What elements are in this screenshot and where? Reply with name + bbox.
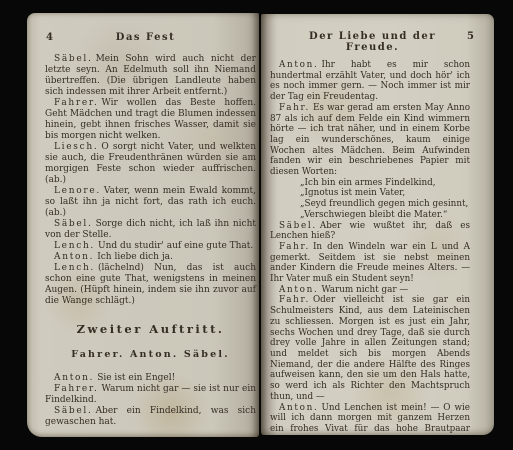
text-block: Lench.Und du studir' auf eine gute That. (45, 241, 256, 252)
block-text: Zweiter Auftritt. (77, 322, 225, 336)
speaker-label: Liesch. (54, 142, 98, 152)
text-block: Lench.(lächelnd) Nun, das ist auch schon… (45, 263, 256, 307)
speaker-label: Fahr. (279, 295, 310, 305)
text-block: „Ich bin ein armes Findelkind, (300, 178, 470, 189)
text-block: Fahr.In den Windeln war ein L und A geme… (270, 242, 470, 285)
text-block: Säbel.Aber wie wußtet ihr, daß es Lenche… (270, 221, 470, 242)
text-block: „Ignotus ist mein Vater, (300, 188, 470, 199)
left-running-title: Das Fest (68, 32, 223, 43)
block-text: „Ignotus ist mein Vater, (300, 188, 405, 198)
text-block: Säbel.Sorge dich nicht, ich laß ihn nich… (45, 219, 256, 241)
text-block: Zweiter Auftritt. (45, 324, 256, 335)
block-text: Ich liebe dich ja. (97, 252, 173, 262)
left-page-number: 4 (46, 32, 68, 43)
speaker-label: Säbel. (279, 221, 317, 231)
text-block: „Verschwiegen bleibt die Mater.“ (300, 210, 470, 221)
block-text: „Seyd freundlich gegen mich gesinnt, (300, 199, 468, 209)
text-block: Lenore.Vater, wenn mein Ewald kommt, so … (45, 186, 256, 219)
text-block: Anton.Ihr habt es mir schon hundertmal e… (270, 60, 470, 103)
right-page-header: Der Liebe und der Freude. 5 (271, 31, 474, 53)
block-text: „Ich bin ein armes Findelkind, (300, 178, 436, 188)
speaker-label: Fahrer. (54, 384, 99, 394)
text-block: Säbel.Aber ein Findelkind, was sich gewa… (45, 406, 256, 428)
speaker-label: Anton. (54, 252, 94, 262)
right-running-title: Der Liebe und der Freude. (293, 31, 452, 53)
block-text: Fahrer. Anton. Säbel. (71, 349, 229, 360)
text-block: Anton.Sie ist ein Engel! (45, 373, 256, 384)
text-block: Fahrer.Wir wollen das Beste hoffen. Geht… (45, 98, 256, 142)
block-text: Und du studir' auf eine gute That. (98, 241, 253, 251)
block-text: Sie ist ein Engel! (97, 373, 175, 383)
text-block: Anton.Ich liebe dich ja. (45, 252, 256, 263)
text-block: Fahr.Oder vielleicht ist sie gar ein Sch… (270, 295, 470, 402)
left-page-body: Säbel.Mein Sohn wird auch nicht der letz… (45, 54, 256, 428)
speaker-label: Anton. (279, 285, 319, 295)
left-page-header: 4 Das Fest (46, 32, 245, 43)
text-block: Anton.Warum nicht gar — (270, 285, 470, 296)
block-text: Warum nicht gar — (322, 285, 409, 295)
right-page-number: 5 (452, 31, 474, 42)
right-page: Der Liebe und der Freude. 5 Anton.Ihr ha… (261, 14, 494, 435)
speaker-label: Säbel. (54, 54, 93, 64)
text-block: Fahrer.Warum nicht gar — sie ist nur ein… (45, 384, 256, 406)
right-page-body: Anton.Ihr habt es mir schon hundertmal e… (270, 60, 470, 435)
speaker-label: Anton. (279, 60, 319, 70)
speaker-label: Lenore. (54, 186, 101, 196)
speaker-label: Anton. (279, 403, 319, 413)
speaker-label: Säbel. (54, 219, 93, 229)
text-block: Fahr.Es war gerad am ersten May Anno 87 … (270, 103, 470, 178)
speaker-label: Fahr. (279, 242, 310, 252)
speaker-label: Anton. (54, 373, 94, 383)
text-block: Säbel.Mein Sohn wird auch nicht der letz… (45, 54, 256, 98)
block-text: „Verschwiegen bleibt die Mater.“ (300, 210, 447, 220)
text-block: Fahrer. Anton. Säbel. (45, 349, 256, 360)
text-block: Anton.Und Lenchen ist mein! — O wie will… (270, 403, 470, 436)
speaker-label: Säbel. (54, 406, 93, 416)
speaker-label: Fahr. (279, 103, 310, 113)
speaker-label: Lench. (54, 263, 95, 273)
book-scan: 4 Das Fest Säbel.Mein Sohn wird auch nic… (0, 0, 513, 450)
speaker-label: Lench. (54, 241, 95, 251)
block-text: Es war gerad am ersten May Anno 87 als i… (270, 103, 470, 177)
text-block: „Seyd freundlich gegen mich gesinnt, (300, 199, 470, 210)
block-text: Oder vielleicht ist sie gar ein Schulmei… (270, 295, 470, 401)
left-page: 4 Das Fest Säbel.Mein Sohn wird auch nic… (27, 13, 259, 437)
text-block: Liesch.O sorgt nicht Vater, und welkten … (45, 142, 256, 186)
speaker-label: Fahrer. (54, 98, 99, 108)
